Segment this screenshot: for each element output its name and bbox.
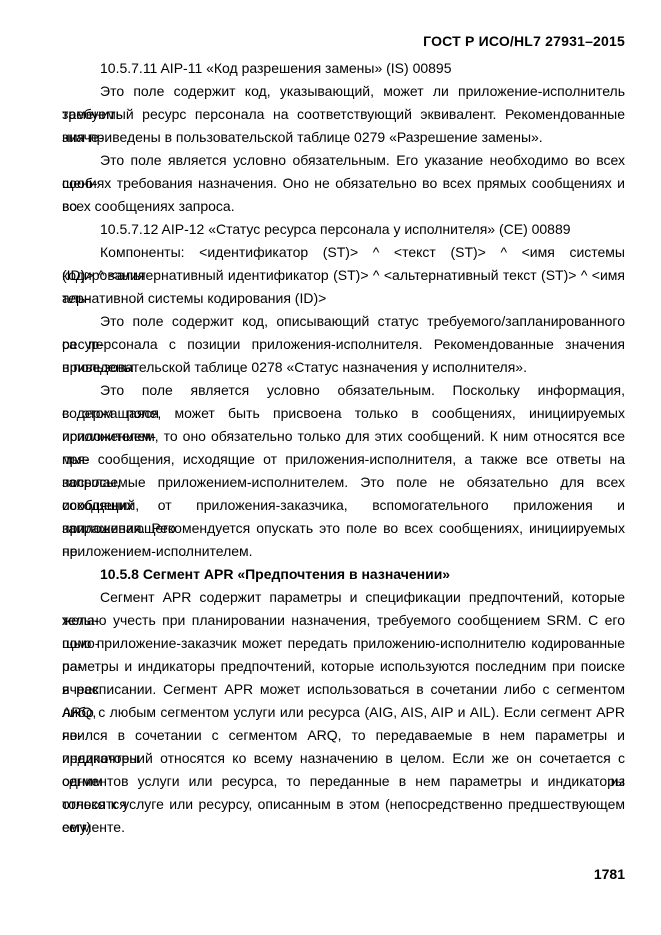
paragraph-line: Компоненты: <идентификатор (ST)> ^ <текс… xyxy=(62,241,625,264)
section-heading: 10.5.8 Сегмент APR «Предпочтения в назна… xyxy=(62,563,625,586)
page-number: 1781 xyxy=(62,866,625,882)
paragraph-line: раметры и индикаторы предпочтений, котор… xyxy=(62,655,625,678)
document-content: 10.5.7.11 AIP-11 «Код разрешения замены»… xyxy=(62,57,625,839)
section-heading: 10.5.7.11 AIP-11 «Код разрешения замены»… xyxy=(62,57,625,80)
paragraph-line: Это поле является условно обязательным. … xyxy=(62,149,625,172)
paragraph-line: только к услуге или ресурсу, описанным в… xyxy=(62,793,625,816)
document-page: ГОСТ Р ИСО/HL7 27931–2015 10.5.7.11 AIP-… xyxy=(0,0,661,935)
paragraph-line: (ID)> ^ <альтернативный идентификатор (S… xyxy=(62,264,625,287)
paragraph-line: исполнителем, то оно обязательно только … xyxy=(62,425,625,448)
paragraph-line: всех сообщениях запроса. xyxy=(62,195,625,218)
paragraph-line: приложением-исполнителем. xyxy=(62,540,625,563)
paragraph-line: явился в сочетании с сегментом ARQ, то п… xyxy=(62,724,625,747)
paragraph-line: щью приложение-заказчик может передать п… xyxy=(62,632,625,655)
paragraph-line: Это поле содержит код, указывающий, може… xyxy=(62,80,625,103)
paragraph-line: посылаемые приложением-исполнителем. Это… xyxy=(62,471,625,494)
paragraph-line: тельно учесть при планировании назначени… xyxy=(62,609,625,632)
section-heading: 10.5.7.12 AIP-12 «Статус ресурса персона… xyxy=(62,218,625,241)
paragraph-line: сегментов услуги или ресурса, то передан… xyxy=(62,770,625,793)
paragraph-line: сегменте. xyxy=(62,816,625,839)
running-header: ГОСТ Р ИСО/HL7 27931–2015 xyxy=(62,33,625,49)
paragraph-line: Это поле содержит код, описывающий стату… xyxy=(62,310,625,333)
paragraph-line: в расписании. Сегмент APR может использо… xyxy=(62,678,625,701)
paragraph-line: исходящих от приложения-заказчика, вспом… xyxy=(62,494,625,517)
paragraph-line: щениях требования назначения. Оно не обя… xyxy=(62,172,625,195)
paragraph-line: Это поле является условно обязательным. … xyxy=(62,379,625,402)
paragraph-line: Сегмент APR содержит параметры и специфи… xyxy=(62,586,625,609)
paragraph-line: в этом поле, может быть присвоена только… xyxy=(62,402,625,425)
paragraph-line: мые сообщения, исходящие от приложения-и… xyxy=(62,448,625,471)
paragraph-line: са персонала с позиции приложения-исполн… xyxy=(62,333,625,356)
paragraph-line: в пользовательской таблице 0278 «Статус … xyxy=(62,356,625,379)
paragraph-line: либо с любым сегментом услуги или ресурс… xyxy=(62,701,625,724)
paragraph-line: предпочтений относятся ко всему назначен… xyxy=(62,747,625,770)
paragraph-line: требуемый ресурс персонала на соответств… xyxy=(62,103,625,126)
paragraph-line: приложения. Рекомендуется опускать это п… xyxy=(62,517,625,540)
paragraph-line: ния приведены в пользовательской таблице… xyxy=(62,126,625,149)
paragraph-line: тернативной системы кодирования (ID)> xyxy=(62,287,625,310)
